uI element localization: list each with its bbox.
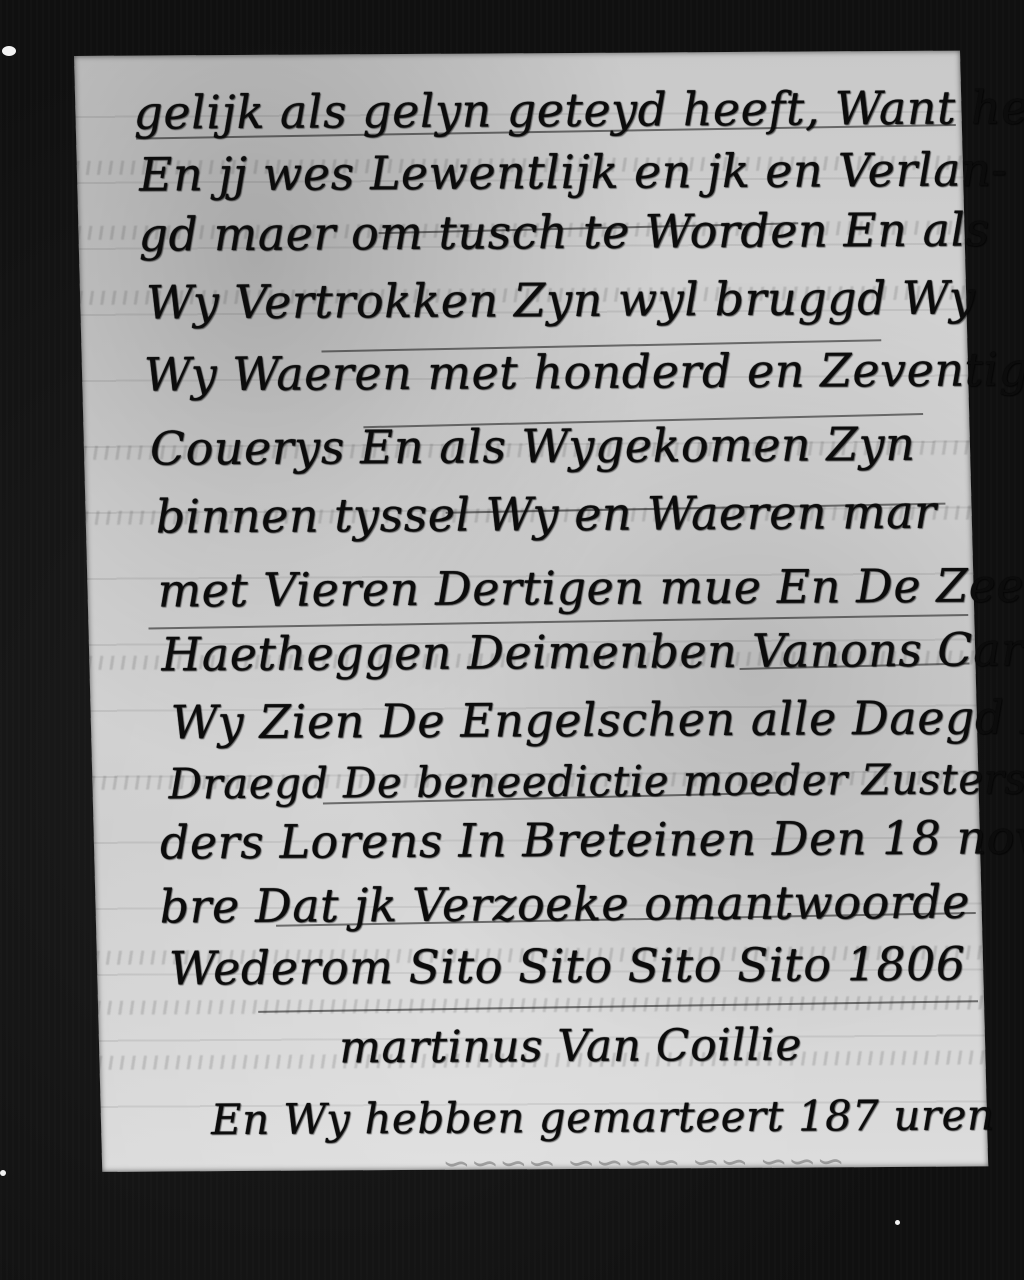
letter-line-8: met Vieren Dertigen mue En De Zee xyxy=(157,558,1024,617)
letter-line-4: Wy Vertrokken Zyn wyl bruggd Wy xyxy=(146,271,977,330)
letter-line-11: Draegd De beneedictie moeder Zusters En … xyxy=(168,753,1024,809)
dust-speck xyxy=(2,46,16,56)
letter-line-13: bre Dat jk Verzoeke omantwoorde xyxy=(159,875,971,934)
letter-line-3: gd maer om tusch te Worden En als xyxy=(138,202,991,261)
letter-line-7: binnen tyssel Wy en Waeren mar xyxy=(155,485,937,544)
bleed-through xyxy=(98,995,984,1014)
postscript-line: En Wy hebben gemarteert 187 uren xyxy=(210,1090,995,1144)
letter-page: gelijk als gelyn geteyd heeft, Want het … xyxy=(74,51,988,1172)
letter-line-5: Wy Waeren met honderd en Zeventig xyxy=(143,342,1024,401)
letter-line-14: Wederom Sito Sito Sito Sito 1806 xyxy=(168,937,966,996)
mirrored-bleed-through: ~~~ ~~ ~~~~ ~~~~ xyxy=(442,1141,846,1183)
signature: martinus Van Coillie xyxy=(338,1020,802,1074)
letter-line-9: Haetheggen Deimenben Vanons Cartier En xyxy=(160,621,1024,681)
dust-speck xyxy=(0,1170,6,1176)
letter-line-2: En jj wes Lewentlijk en jk en Verlan- xyxy=(138,142,1008,201)
dust-speck xyxy=(895,1220,900,1225)
letter-line-6: Couerys En als Wygekomen Zyn xyxy=(149,417,916,476)
letter-line-1: gelijk als gelyn geteyd heeft, Want het xyxy=(133,80,1024,140)
letter-line-12: ders Lorens In Breteinen Den 18 novem xyxy=(159,810,1024,870)
letter-line-10: Wy Zien De Engelschen alle Daegd En jk xyxy=(170,689,1024,749)
